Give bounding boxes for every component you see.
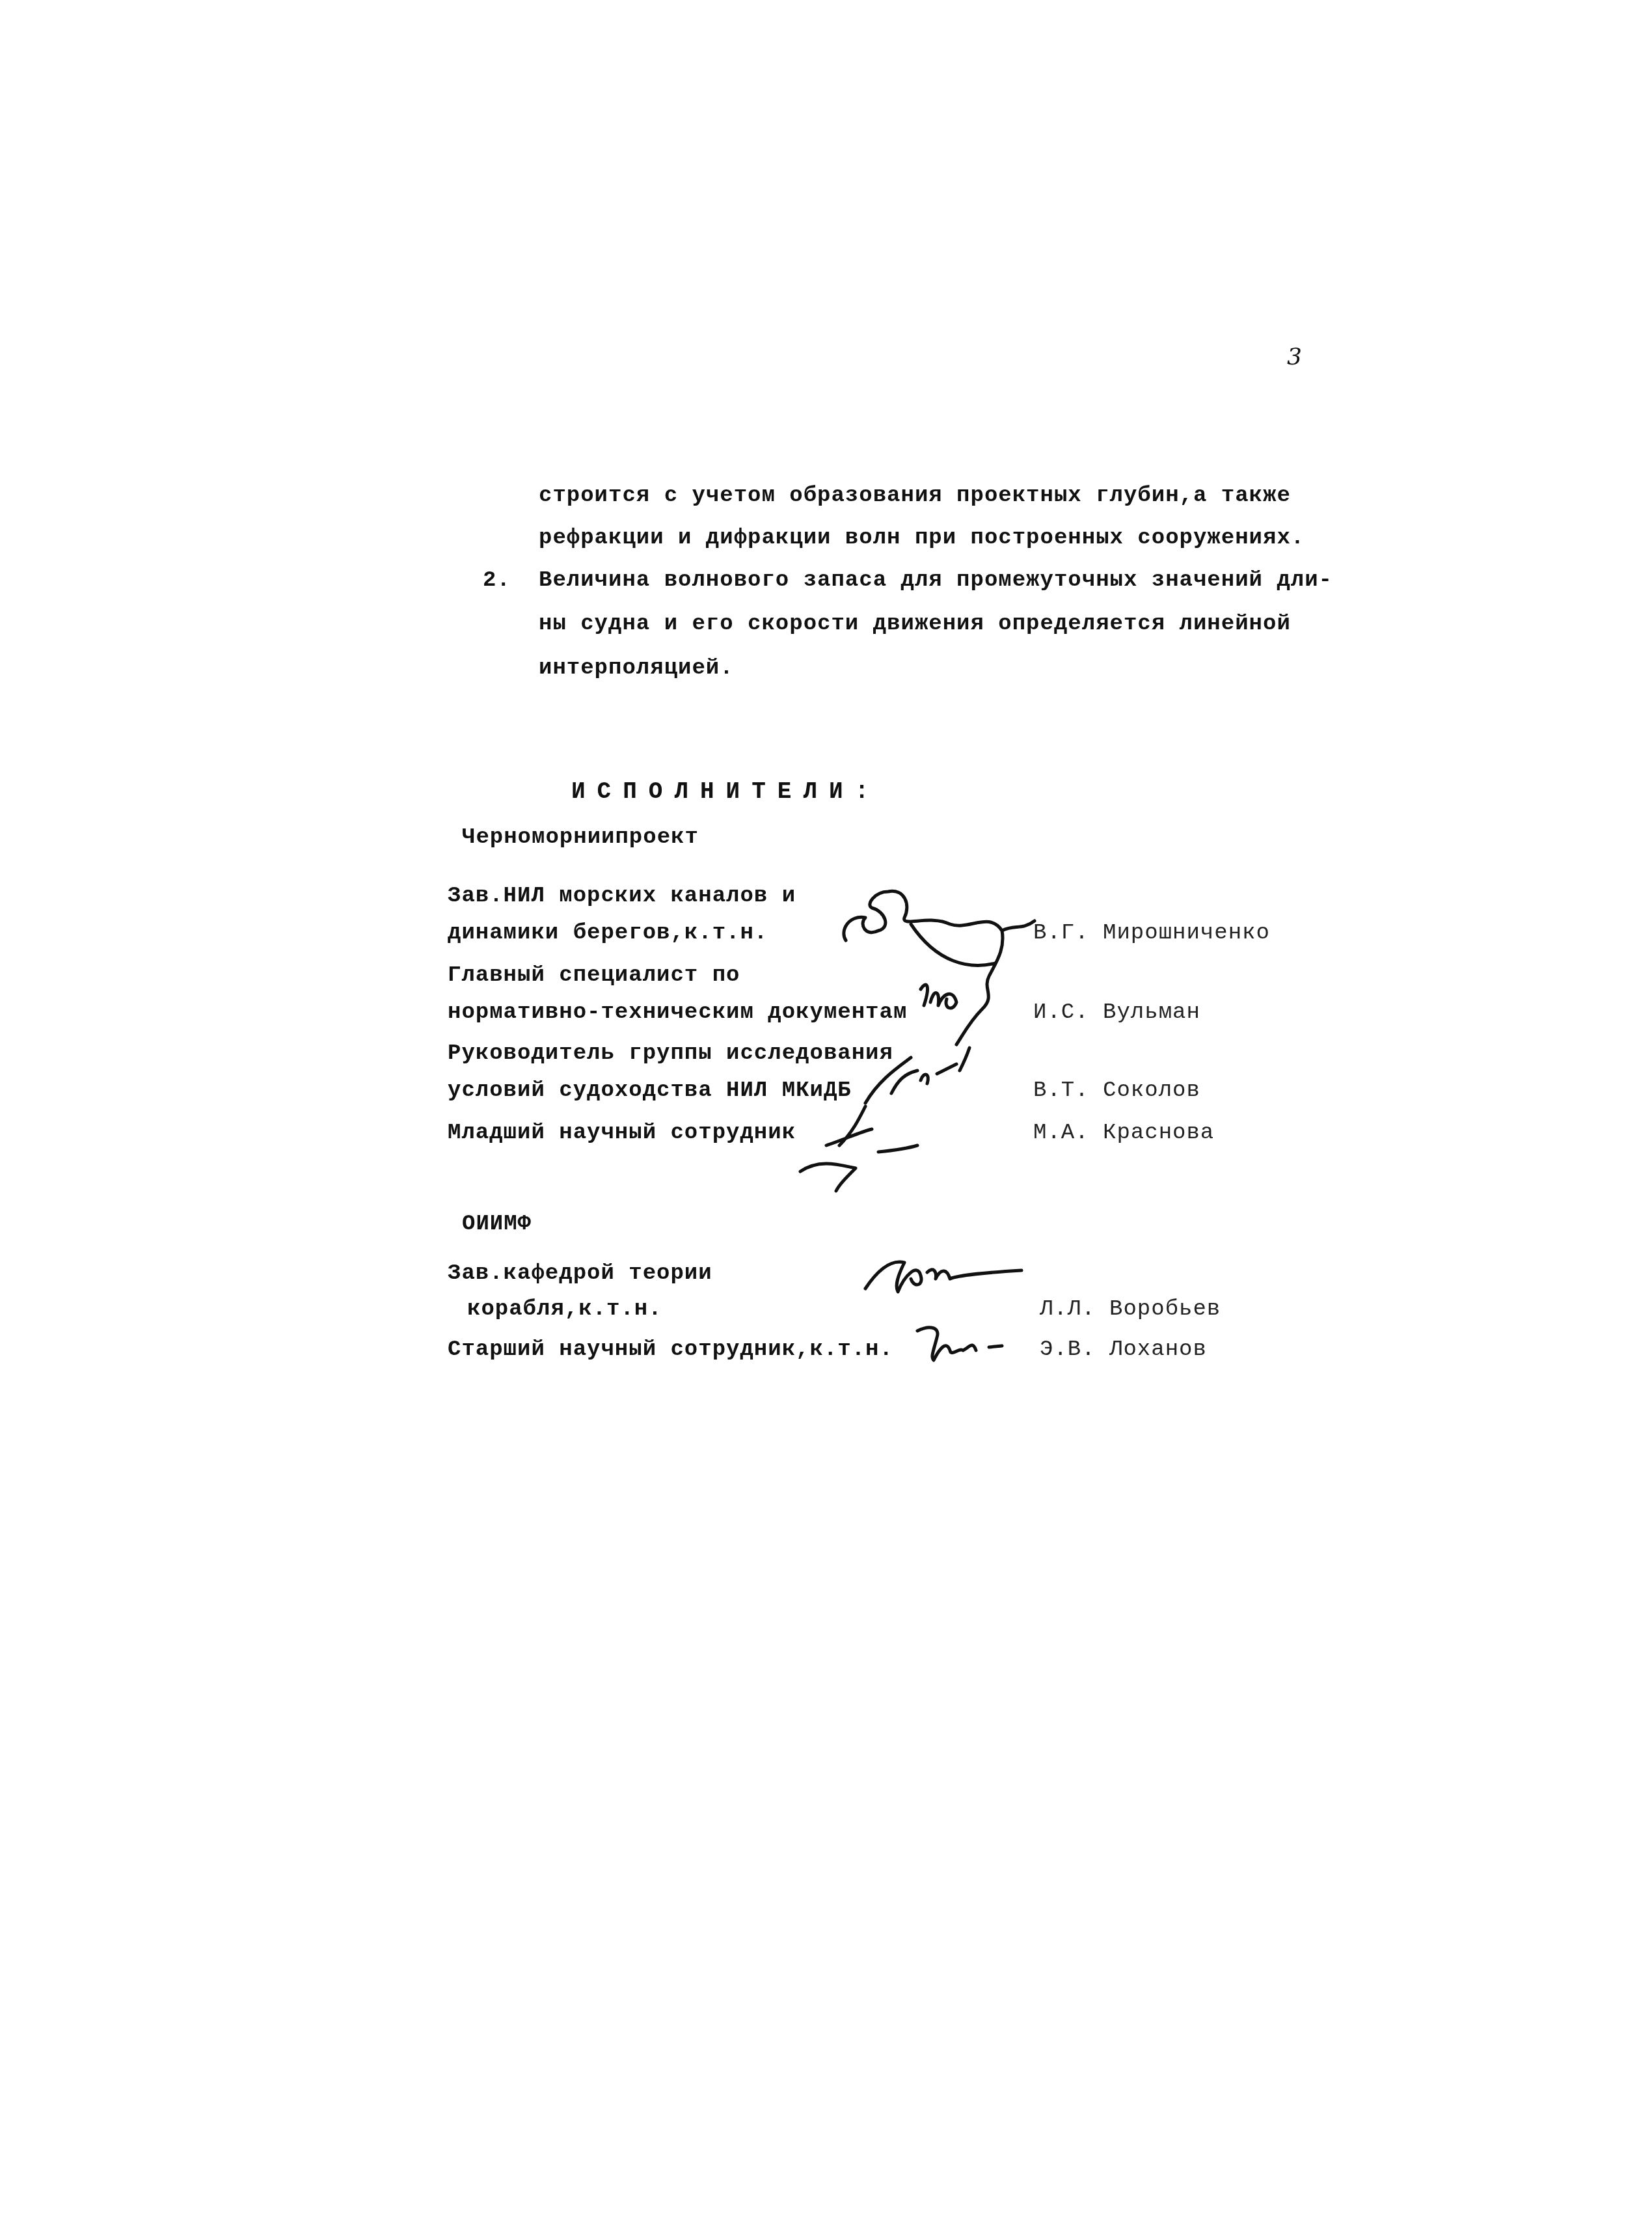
executors-heading: ИСПОЛНИТЕЛИ: [571, 778, 880, 805]
person-title: Зав.НИЛ морских каналов и [448, 884, 796, 909]
signature-6 [911, 1321, 1009, 1367]
signature-2 [917, 976, 995, 1035]
person-title: Младший научный сотрудник [448, 1121, 796, 1145]
person-title: Руководитель группы исследования [448, 1041, 893, 1066]
signature-4 [794, 1093, 943, 1197]
item-line: ны судна и его скорости движения определ… [539, 612, 1291, 636]
body-line: рефракции и дифракции волн при построенн… [539, 526, 1305, 551]
item-line: интерполяцией. [539, 656, 734, 681]
person-title: Зав.кафедрой теории [448, 1261, 712, 1286]
body-line: строится с учетом образования проектных … [539, 484, 1291, 508]
signature-5 [859, 1250, 1035, 1302]
person-name: Э.В. Лоханов [1040, 1337, 1207, 1362]
person-title: динамики берегов,к.т.н. [448, 921, 768, 946]
person-title: Главный специалист по [448, 963, 740, 988]
person-name: В.Г. Мирошниченко [1033, 921, 1270, 946]
person-title: Старший научный сотрудник,к.т.н. [448, 1337, 893, 1362]
person-name: М.А. Краснова [1033, 1121, 1214, 1145]
person-title: условий судоходства НИЛ МКиДБ [448, 1078, 852, 1103]
org-name: ОИИМФ [462, 1212, 532, 1237]
person-title: нормативно-техническим документам [448, 1000, 907, 1025]
person-name: В.Т. Соколов [1033, 1078, 1200, 1103]
org-name: Черноморниипроект [462, 825, 699, 850]
person-title: корабля,к.т.н. [467, 1297, 662, 1322]
person-name: Л.Л. Воробьев [1040, 1297, 1221, 1322]
person-name: И.С. Вульман [1033, 1000, 1200, 1025]
item-line: Величина волнового запаса для промежуточ… [539, 568, 1333, 593]
item-number: 2. [483, 568, 511, 593]
page-number: 3 [1287, 344, 1302, 370]
